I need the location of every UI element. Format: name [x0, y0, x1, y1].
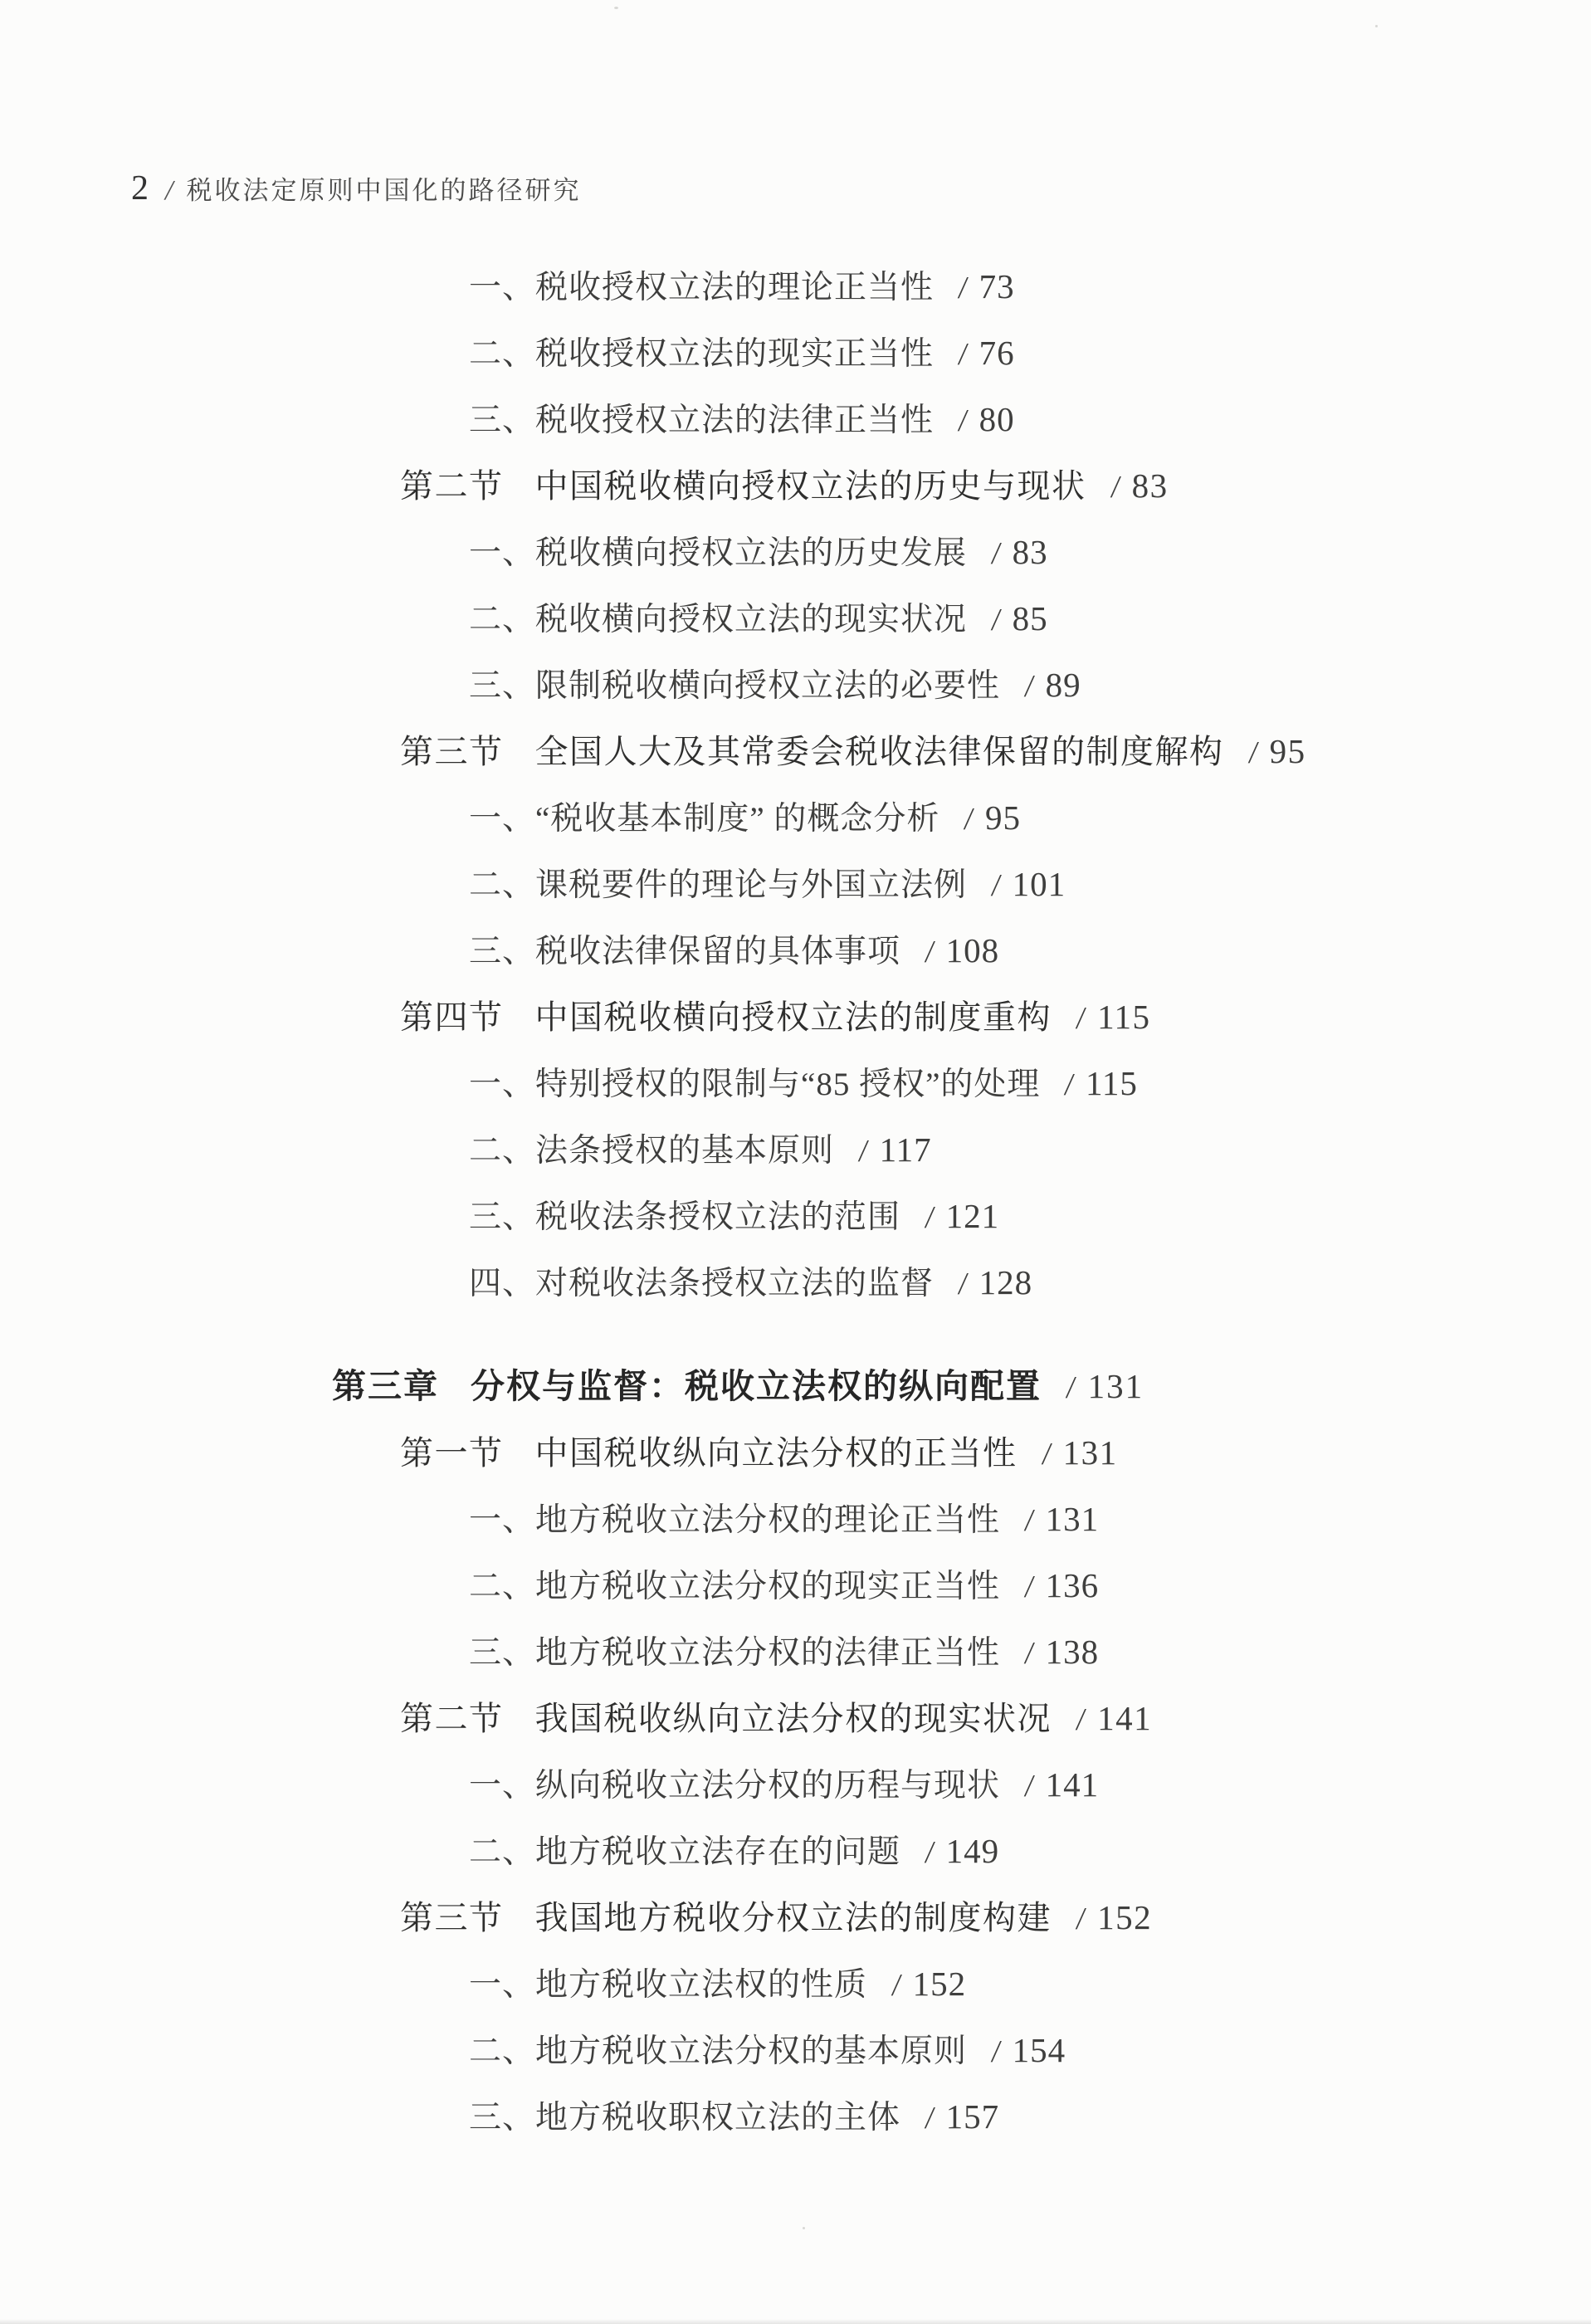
toc-entry-title: 限制税收横向授权立法的必要性 [535, 668, 1000, 704]
toc-entry-number: 二、 [469, 1133, 535, 1169]
toc-entry-title: 中国税收纵向立法分权的正当性 [535, 1434, 1018, 1472]
toc-entry-page-group: /152 [892, 1967, 966, 2003]
toc-entry-item: 一、特别授权的限制与“85 授权”的处理/115 [332, 1050, 1541, 1116]
toc-entry-title: 地方税收职权立法的主体 [535, 2100, 900, 2136]
toc-entry-number: 第二节 [400, 1700, 504, 1737]
toc-entry-number: 二、 [469, 336, 535, 372]
toc-entry-item: 二、税收横向授权立法的现实状况/85 [332, 585, 1541, 652]
toc-entry-page-group: /83 [992, 535, 1048, 571]
toc-entry-page-number: 152 [913, 1965, 967, 2003]
toc-entry-number: 三、 [469, 934, 535, 969]
page-number: 2 [131, 168, 149, 208]
toc-entry-item: 一、地方税收立法权的性质/152 [332, 1950, 1541, 2017]
toc-entry-title: 地方税收立法权的性质 [535, 1967, 867, 2003]
toc-entry-page-number: 141 [1097, 1699, 1152, 1737]
toc-entry-page-number: 117 [880, 1130, 932, 1169]
page-slash-separator: / [955, 321, 972, 388]
toc-entry-page-number: 85 [1013, 599, 1048, 637]
toc-entry-number: 二、 [469, 1834, 535, 1870]
page-slash-separator: / [922, 1184, 939, 1251]
toc-entry-item: 二、课税要件的理论与外国立法例/101 [332, 851, 1541, 917]
page-slash-separator: / [988, 587, 1005, 653]
header-slash-separator: / [165, 175, 173, 207]
page-slash-separator: / [922, 2085, 939, 2151]
toc-entry-page-number: 80 [979, 400, 1015, 438]
toc-entry-item: 一、税收授权立法的理论正当性/73 [332, 253, 1541, 320]
page-slash-separator: / [1073, 1886, 1090, 1952]
toc-entry-page-number: 76 [979, 334, 1015, 372]
toc-entry-page-group: /136 [1025, 1569, 1099, 1604]
toc-entry-page-group: /76 [959, 336, 1015, 372]
page-slash-separator: / [988, 2019, 1005, 2085]
toc-entry-page-number: 128 [979, 1263, 1033, 1301]
toc-entry-section: 第二节中国税收横向授权立法的历史与现状/83 [332, 452, 1541, 519]
scan-speck [614, 7, 618, 9]
toc-entry-page-group: /141 [1025, 1768, 1099, 1804]
toc-entry-item: 三、税收法律保留的具体事项/108 [332, 917, 1541, 984]
page-slash-separator: / [1038, 1421, 1055, 1487]
toc-entry-title: 分权与监督：税收立法权的纵向配置 [471, 1367, 1042, 1405]
toc-entry-page-number: 83 [1013, 533, 1048, 571]
toc-entry-item: 二、税收授权立法的现实正当性/76 [332, 320, 1541, 386]
toc-entry-page-group: /85 [992, 602, 1048, 637]
toc-entry-title: 我国税收纵向立法分权的现实状况 [535, 1700, 1052, 1737]
toc-entry-section: 第三节全国人大及其常委会税收法律保留的制度解构/95 [332, 718, 1541, 784]
toc-entry-title: 法条授权的基本原则 [535, 1133, 834, 1169]
toc-entry-item: 一、纵向税收立法分权的历程与现状/141 [332, 1751, 1541, 1818]
toc-entry-title: “税收基本制度” 的概念分析 [535, 801, 939, 837]
toc-entry-page-number: 149 [946, 1832, 1000, 1870]
toc-entry-number: 二、 [469, 602, 535, 637]
toc-entry-page-group: /89 [1025, 668, 1081, 704]
toc-entry-number: 第三节 [400, 1899, 504, 1936]
page-slash-separator: / [1022, 1753, 1038, 1819]
page-slash-separator: / [1107, 454, 1124, 520]
toc-entry-section: 第二节我国税收纵向立法分权的现实状况/141 [332, 1685, 1541, 1751]
toc-entry-page-group: /121 [925, 1199, 999, 1235]
toc-entry-title: 地方税收立法分权的现实正当性 [535, 1569, 1000, 1604]
page-slash-separator: / [1073, 985, 1090, 1052]
toc-entry-page-group: /131 [1066, 1367, 1144, 1405]
toc-entry-page-number: 115 [1097, 998, 1150, 1036]
toc-entry-page-number: 154 [1013, 2031, 1066, 2069]
toc-entry-chapter: 第三章分权与监督：税收立法权的纵向配置/131 [332, 1353, 1541, 1419]
toc-entry-page-number: 131 [1046, 1500, 1100, 1538]
page-slash-separator: / [922, 1819, 939, 1886]
toc-entry-title: 中国税收横向授权立法的历史与现状 [535, 467, 1086, 505]
page-slash-separator: / [988, 520, 1005, 587]
toc-entry-title: 地方税收立法分权的法律正当性 [535, 1635, 1000, 1671]
toc-entry-page-number: 101 [1013, 865, 1066, 903]
toc-entry-item: 一、税收横向授权立法的历史发展/83 [332, 519, 1541, 585]
toc-entry-number: 一、 [469, 1067, 535, 1102]
toc-entry-page-number: 138 [1046, 1633, 1100, 1671]
page-slash-separator: / [1022, 1554, 1038, 1620]
toc-entry-page-number: 83 [1132, 466, 1169, 505]
toc-entry-page-group: /128 [959, 1266, 1032, 1301]
toc-entry-number: 四、 [469, 1266, 535, 1301]
toc-entry-page-group: /80 [959, 403, 1015, 438]
toc-entry-section: 第四节中国税收横向授权立法的制度重构/115 [332, 984, 1541, 1050]
toc-entry-item: 一、地方税收立法分权的理论正当性/131 [332, 1486, 1541, 1552]
toc-entry-page-number: 141 [1046, 1765, 1100, 1804]
toc-entry-number: 一、 [469, 1768, 535, 1804]
toc-entry-title: 地方税收立法分权的理论正当性 [535, 1502, 1000, 1538]
page-slash-separator: / [955, 255, 972, 321]
toc-entry-page-group: /115 [1065, 1067, 1138, 1102]
toc-entry-item: 二、法条授权的基本原则/117 [332, 1116, 1541, 1183]
page-slash-separator: / [1022, 1620, 1038, 1687]
page-slash-separator: / [988, 852, 1005, 919]
toc-entry-title: 我国地方税收分权立法的制度构建 [535, 1899, 1052, 1936]
book-title: 税收法定原则中国化的路径研究 [186, 169, 581, 207]
toc-entry-title: 税收法条授权立法的范围 [535, 1199, 900, 1235]
toc-entry-page-group: /152 [1076, 1899, 1152, 1936]
scan-speck [1375, 25, 1378, 27]
toc-entry-page-number: 108 [946, 931, 1000, 969]
toc-entry-title: 地方税收立法分权的基本原则 [535, 2033, 967, 2069]
toc-entry-title: 全国人大及其常委会税收法律保留的制度解构 [535, 733, 1224, 770]
toc-entry-number: 二、 [469, 867, 535, 903]
toc-entry-page-group: /108 [925, 934, 999, 969]
toc-entry-number: 三、 [469, 668, 535, 704]
toc-entry-item: 三、限制税收横向授权立法的必要性/89 [332, 652, 1541, 718]
toc-entry-item: 一、“税收基本制度” 的概念分析/95 [332, 784, 1541, 851]
toc-entry-page-group: /83 [1111, 467, 1169, 505]
toc-entry-number: 第四节 [400, 998, 504, 1036]
toc-entry-page-group: /95 [964, 801, 1021, 837]
table-of-contents: 一、税收授权立法的理论正当性/73 二、税收授权立法的现实正当性/76 三、税收… [332, 253, 1541, 2150]
page-slash-separator: / [1022, 1487, 1038, 1554]
page-slash-separator: / [955, 1251, 972, 1317]
toc-entry-page-group: /95 [1249, 733, 1306, 770]
toc-entry-page-group: /138 [1025, 1635, 1099, 1671]
toc-entry-title: 地方税收立法存在的问题 [535, 1834, 900, 1870]
toc-entry-title: 税收横向授权立法的历史发展 [535, 535, 967, 571]
toc-entry-number: 一、 [469, 270, 535, 305]
toc-entry-page-number: 131 [1063, 1433, 1118, 1472]
toc-entry-title: 课税要件的理论与外国立法例 [535, 867, 967, 903]
toc-entry-title: 纵向税收立法分权的历程与现状 [535, 1768, 1000, 1804]
page-slash-separator: / [1022, 653, 1038, 720]
page-slash-separator: / [1245, 720, 1262, 786]
toc-entry-page-number: 95 [985, 798, 1021, 837]
toc-entry-title: 中国税收横向授权立法的制度重构 [535, 998, 1052, 1036]
toc-entry-title: 税收法律保留的具体事项 [535, 934, 900, 969]
toc-entry-number: 三、 [469, 1199, 535, 1235]
page-slash-separator: / [1073, 1687, 1090, 1753]
toc-entry-page-group: /115 [1076, 998, 1151, 1036]
toc-entry-page-group: /149 [925, 1834, 999, 1870]
toc-entry-item: 二、地方税收立法分权的基本原则/154 [332, 2017, 1541, 2083]
toc-entry-page-number: 131 [1088, 1367, 1144, 1405]
toc-entry-page-number: 95 [1270, 732, 1306, 770]
toc-entry-page-group: /117 [859, 1133, 932, 1169]
scan-edge-shadow [0, 2319, 1591, 2324]
toc-entry-page-number: 115 [1086, 1064, 1138, 1102]
toc-entry-page-group: /73 [959, 270, 1015, 305]
toc-entry-title: 税收授权立法的现实正当性 [535, 336, 934, 372]
toc-entry-item: 三、税收法条授权立法的范围/121 [332, 1183, 1541, 1249]
toc-entry-number: 一、 [469, 535, 535, 571]
page-slash-separator: / [856, 1118, 872, 1184]
toc-entry-section: 第三节我国地方税收分权立法的制度构建/152 [332, 1884, 1541, 1950]
toc-entry-item: 三、地方税收立法分权的法律正当性/138 [332, 1618, 1541, 1685]
toc-entry-title: 税收授权立法的法律正当性 [535, 403, 934, 438]
page-slash-separator: / [1061, 1052, 1078, 1118]
toc-entry-item: 三、税收授权立法的法律正当性/80 [332, 386, 1541, 452]
toc-entry-page-number: 73 [979, 267, 1015, 305]
scan-speck [803, 2227, 805, 2229]
toc-entry-page-group: /154 [992, 2033, 1066, 2069]
toc-entry-item: 二、地方税收立法存在的问题/149 [332, 1818, 1541, 1884]
toc-entry-title: 税收授权立法的理论正当性 [535, 270, 934, 305]
toc-entry-number: 三、 [469, 403, 535, 438]
toc-entry-number: 第三章 [332, 1367, 439, 1405]
toc-entry-number: 二、 [469, 2033, 535, 2069]
toc-entry-number: 一、 [469, 801, 535, 837]
page-slash-separator: / [1063, 1355, 1081, 1421]
toc-entry-number: 第三节 [400, 733, 504, 770]
toc-entry-number: 二、 [469, 1569, 535, 1604]
toc-entry-item: 四、对税收法条授权立法的监督/128 [332, 1249, 1541, 1316]
toc-entry-page-group: /141 [1076, 1700, 1152, 1737]
page-slash-separator: / [889, 1952, 905, 2019]
toc-entry-title: 税收横向授权立法的现实状况 [535, 602, 967, 637]
toc-entry-page-number: 136 [1046, 1566, 1100, 1604]
toc-entry-item: 三、地方税收职权立法的主体/157 [332, 2083, 1541, 2150]
page-slash-separator: / [922, 919, 939, 985]
toc-entry-page-group: /131 [1025, 1502, 1099, 1538]
toc-entry-page-number: 152 [1097, 1898, 1152, 1936]
toc-entry-number: 第一节 [400, 1434, 504, 1472]
toc-entry-number: 一、 [469, 1502, 535, 1538]
toc-entry-number: 第二节 [400, 467, 504, 505]
toc-entry-title: 特别授权的限制与“85 授权”的处理 [535, 1067, 1040, 1102]
toc-entry-page-number: 121 [946, 1197, 1000, 1235]
toc-entry-section: 第一节中国税收纵向立法分权的正当性/131 [332, 1419, 1541, 1486]
toc-entry-number: 三、 [469, 2100, 535, 2136]
toc-entry-title: 对税收法条授权立法的监督 [535, 1266, 934, 1301]
toc-entry-number: 三、 [469, 1635, 535, 1671]
toc-entry-page-number: 89 [1046, 666, 1081, 704]
toc-entry-item: 二、地方税收立法分权的现实正当性/136 [332, 1552, 1541, 1618]
toc-entry-page-group: /101 [992, 867, 1066, 903]
page-header: 2 / 税收法定原则中国化的路径研究 [131, 168, 581, 208]
toc-entry-page-group: /131 [1042, 1434, 1118, 1472]
toc-entry-number: 一、 [469, 1967, 535, 2003]
page-slash-separator: / [961, 786, 978, 852]
page-slash-separator: / [955, 388, 972, 454]
toc-entry-page-group: /157 [925, 2100, 999, 2136]
toc-entry-page-number: 157 [946, 2097, 1000, 2136]
